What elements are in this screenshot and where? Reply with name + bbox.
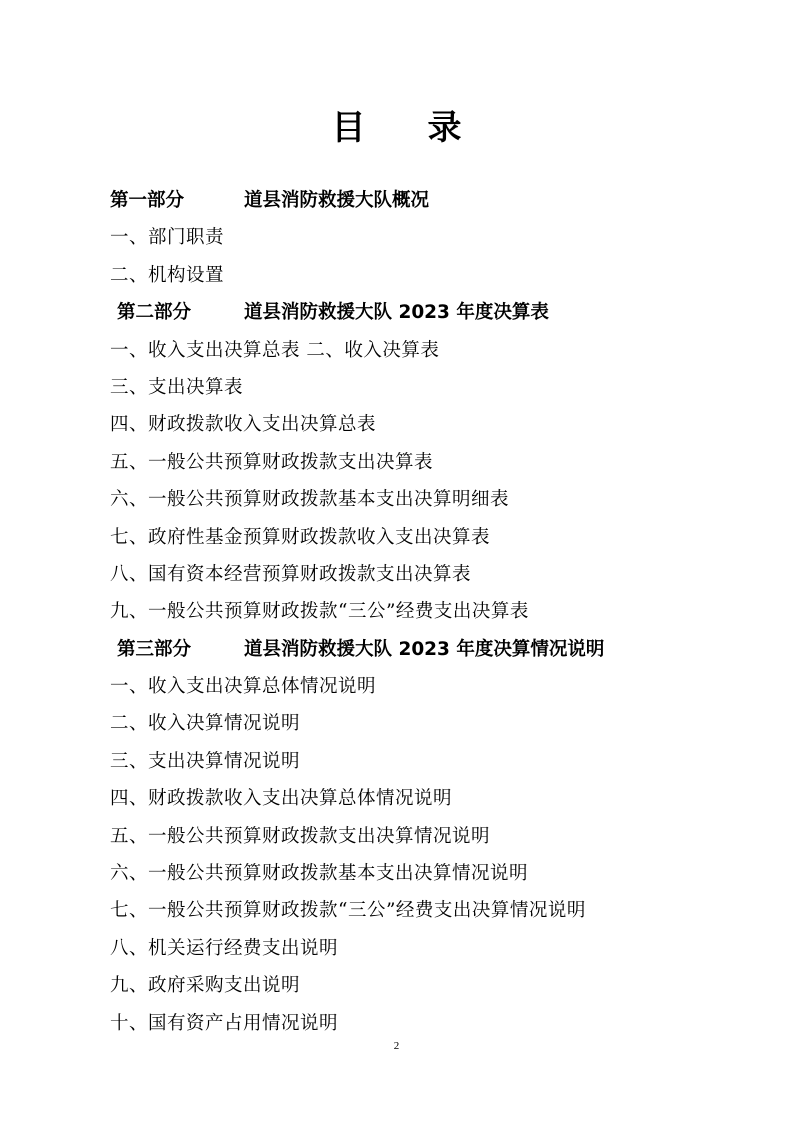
part-label: 第三部分 [117,631,244,668]
toc-item: 五、一般公共预算财政拨款支出决算表 [110,444,753,481]
toc-item: 一、收入支出决算总表 二、收入决算表 [110,332,753,369]
toc-item: 四、财政拨款收入支出决算总体情况说明 [110,780,753,817]
toc-item: 二、收入决算情况说明 [110,705,753,742]
part-label: 第二部分 [117,294,244,331]
title-char-1: 目 [332,100,366,149]
toc-item: 一、收入支出决算总体情况说明 [110,668,753,705]
part-heading-1: 第一部分道县消防救援大队概况 [110,182,753,219]
toc-item: 六、一般公共预算财政拨款基本支出决算明细表 [110,481,753,518]
part-heading-2: 第二部分道县消防救援大队 2023 年度决算表 [110,294,753,331]
toc-item: 四、财政拨款收入支出决算总表 [110,406,753,443]
table-of-contents: 第一部分道县消防救援大队概况 一、部门职责 二、机构设置 第二部分道县消防救援大… [110,182,753,1042]
toc-item: 六、一般公共预算财政拨款基本支出决算情况说明 [110,855,753,892]
toc-item: 九、一般公共预算财政拨款“三公”经费支出决算表 [110,593,753,630]
part-title: 道县消防救援大队 2023 年度决算情况说明 [244,639,604,660]
page-number: 2 [0,1040,793,1052]
toc-item: 八、国有资本经营预算财政拨款支出决算表 [110,556,753,593]
part-title: 道县消防救援大队 2023 年度决算表 [244,302,549,323]
part-heading-3: 第三部分道县消防救援大队 2023 年度决算情况说明 [110,631,753,668]
part-label: 第一部分 [110,182,244,219]
part-title: 道县消防救援大队概况 [244,190,429,211]
toc-item: 三、支出决算表 [110,369,753,406]
toc-item: 七、一般公共预算财政拨款“三公”经费支出决算情况说明 [110,892,753,929]
toc-item: 二、机构设置 [110,257,753,294]
toc-item: 九、政府采购支出说明 [110,967,753,1004]
toc-item: 十、国有资产占用情况说明 [110,1005,753,1042]
toc-item: 三、支出决算情况说明 [110,743,753,780]
toc-item: 五、一般公共预算财政拨款支出决算情况说明 [110,818,753,855]
toc-item: 八、机关运行经费支出说明 [110,930,753,967]
toc-item: 七、政府性基金预算财政拨款收入支出决算表 [110,519,753,556]
page-title: 目录 [0,100,793,149]
toc-item: 一、部门职责 [110,219,753,256]
title-char-2: 录 [428,100,462,149]
